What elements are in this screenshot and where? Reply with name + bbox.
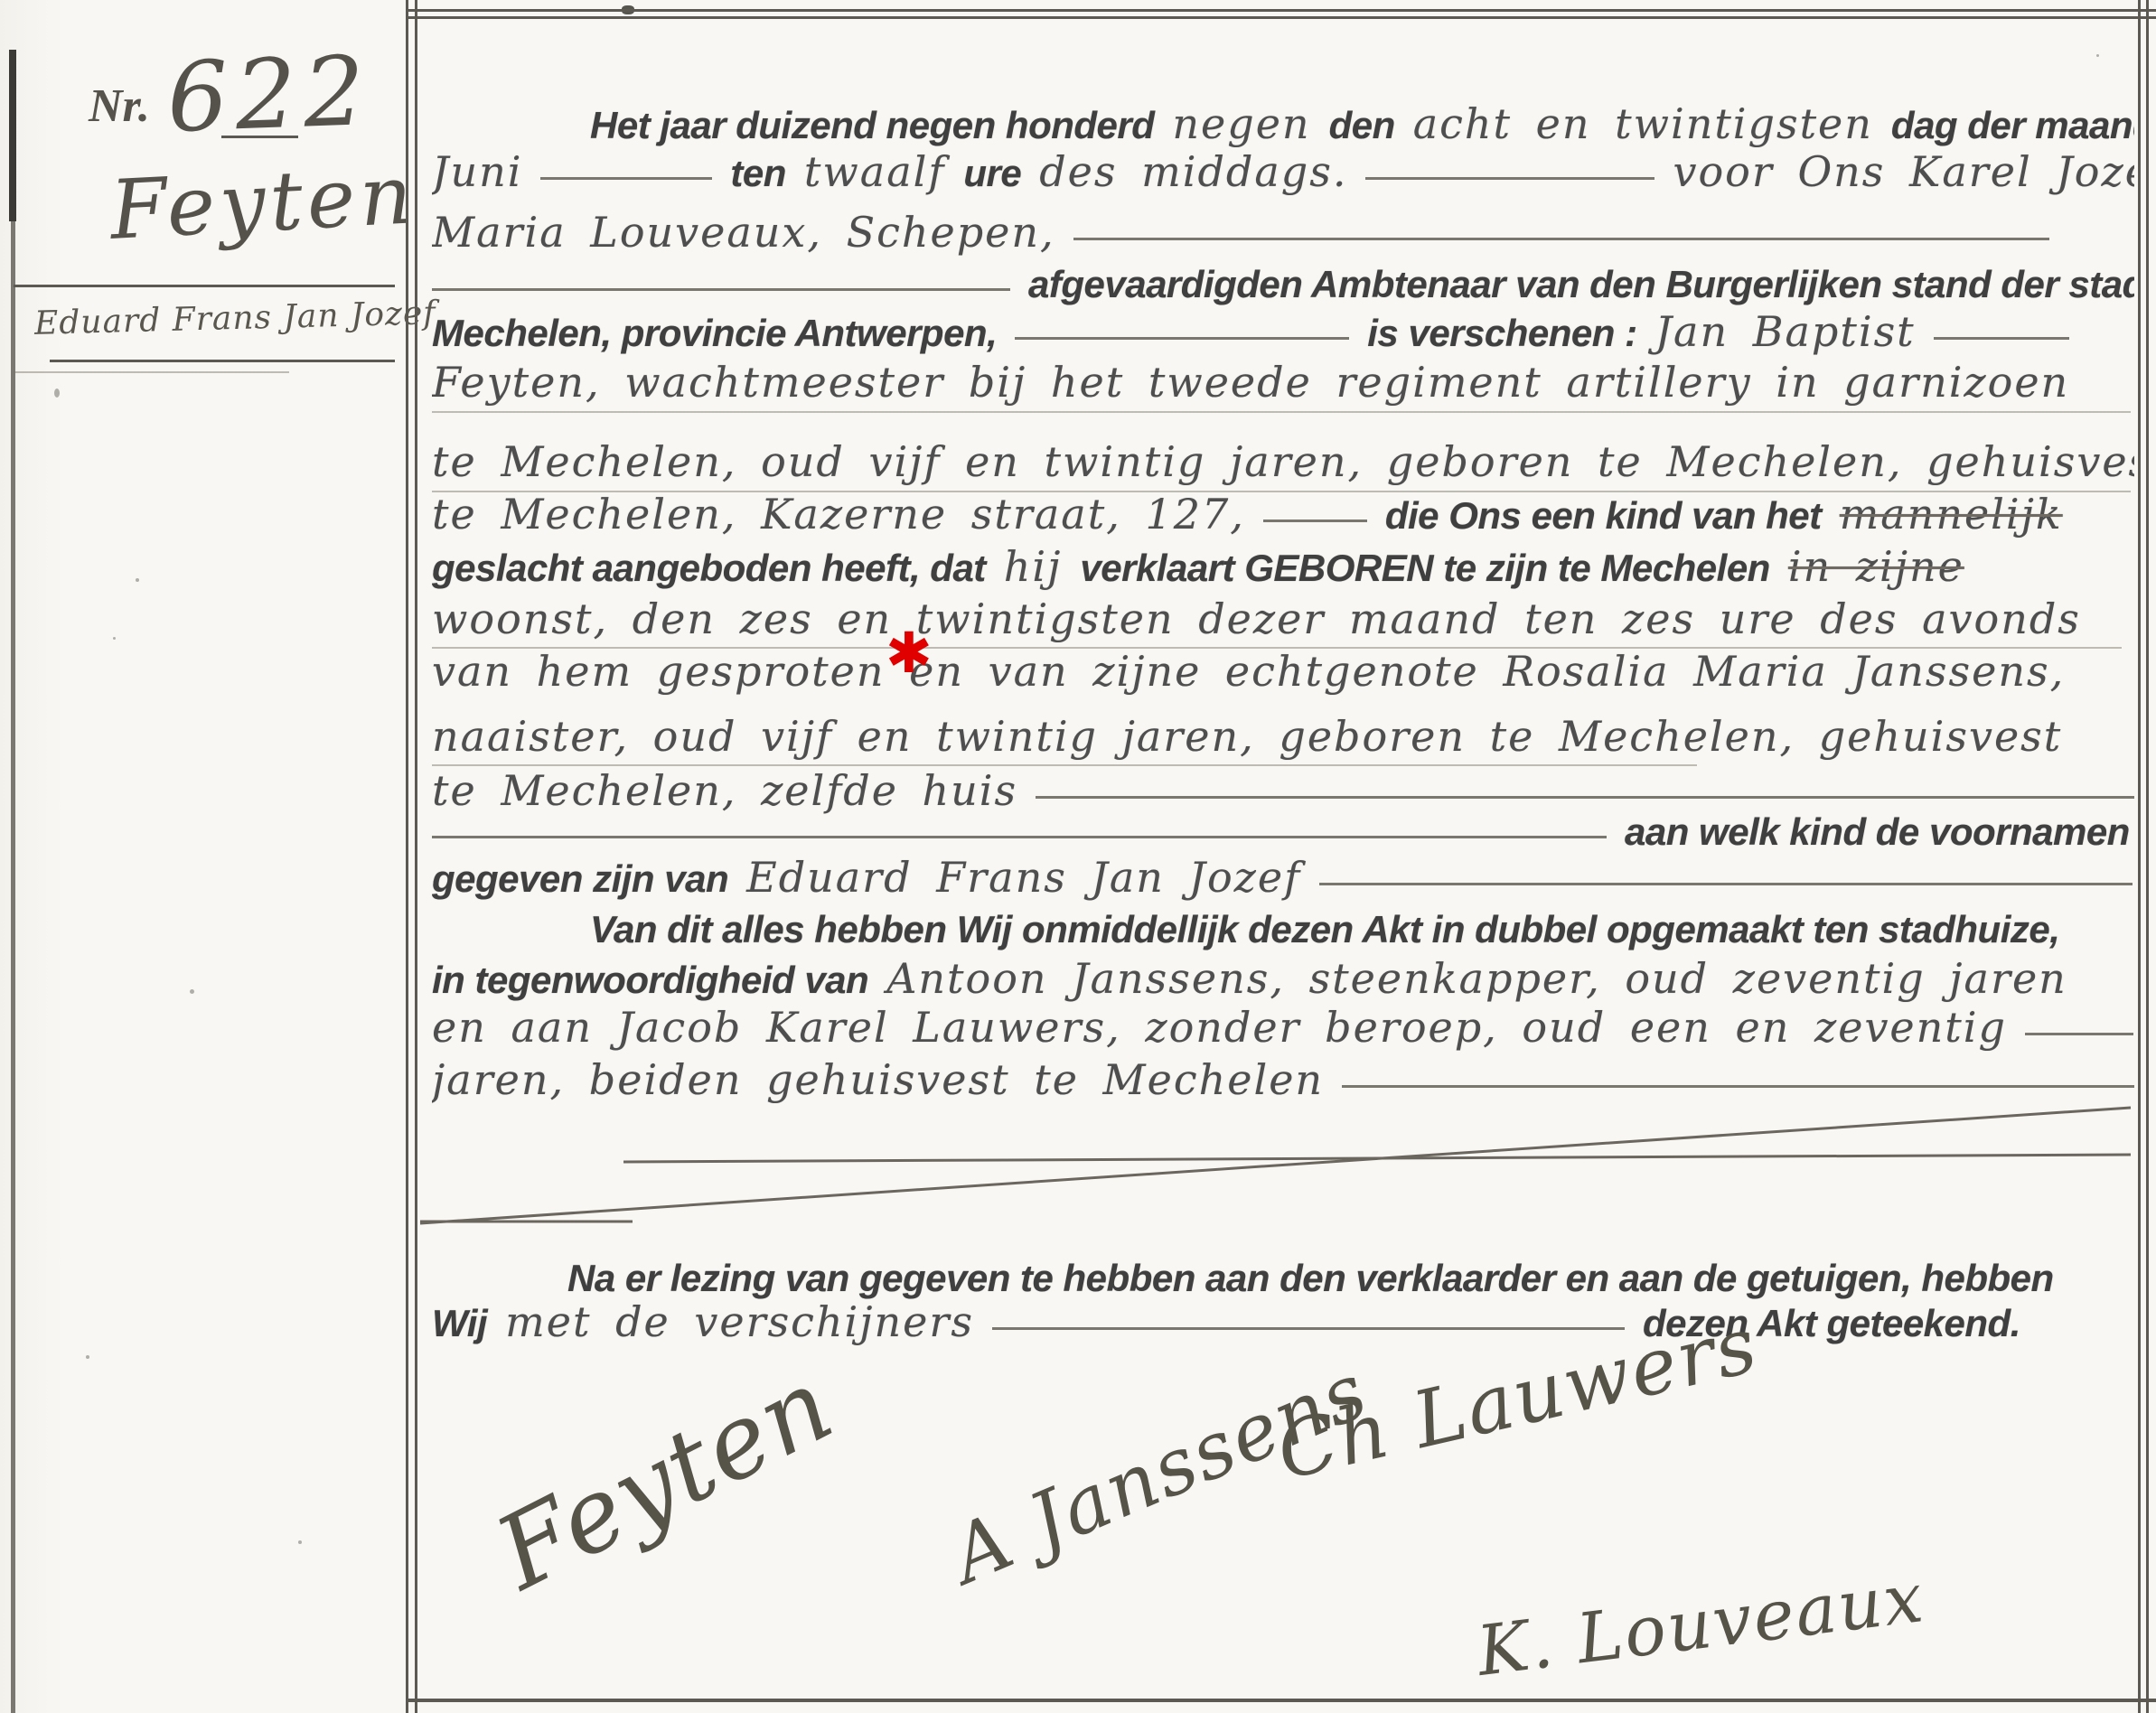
strike-through-lines xyxy=(0,0,2156,1713)
scanned-birth-act: Nr. 622 Feyten Eduard Frans Jan Jozef He… xyxy=(0,0,2156,1713)
